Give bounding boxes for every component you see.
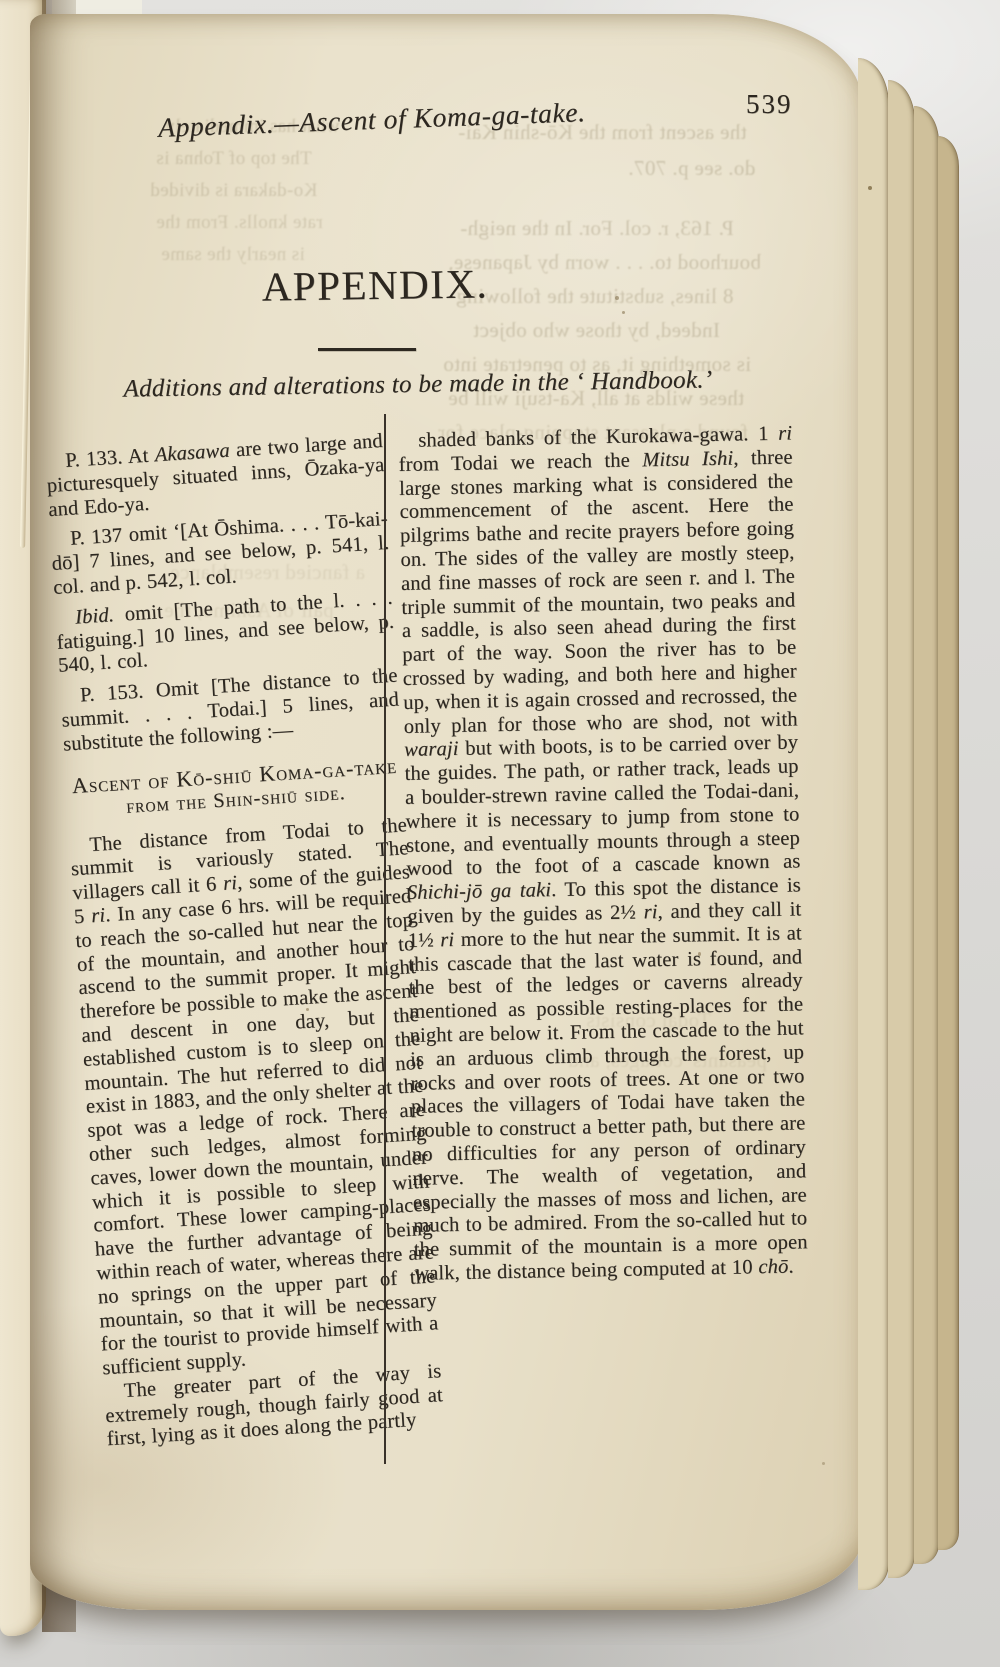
fore-edge-band xyxy=(888,80,915,1578)
show-through-line: The top of Tohna is xyxy=(156,148,312,170)
title-rule xyxy=(318,348,416,351)
fore-edge-band xyxy=(914,106,939,1564)
edit-note-paragraph: Ibid. omit [The path to the l. . . . fat… xyxy=(55,586,397,678)
edit-notes: P. 133. At Akasawa are two large and pic… xyxy=(45,430,402,757)
paper-speck xyxy=(306,1008,309,1011)
appendix-title: APPENDIX. xyxy=(30,256,720,314)
show-through-line: do. see p. 707. xyxy=(628,156,755,181)
fore-edge-band xyxy=(858,58,889,1590)
show-through-line: Ko-dakara is divided xyxy=(150,180,317,202)
edit-note-paragraph: P. 133. At Akasawa are two large and pic… xyxy=(45,430,387,522)
page-number: 539 xyxy=(746,89,793,120)
body-paragraph: shaded banks of the Kurokawa-gawa. 1 ri … xyxy=(398,422,808,1286)
section-heading: Ascent of Kō-shiū Koma-ga-take from the … xyxy=(65,752,405,823)
paper-speck xyxy=(868,186,872,190)
running-header-title: Appendix.—Ascent of Koma-ga-take. xyxy=(158,96,587,144)
text-block: P. 133. At Akasawa are two large and pic… xyxy=(30,430,842,1610)
paper-speck xyxy=(622,311,625,314)
column-divider-rule xyxy=(384,414,386,1464)
edit-note-paragraph: P. 153. Omit [The distance to the summit… xyxy=(59,665,401,757)
paper-speck xyxy=(615,296,619,300)
book-page-photo: what has immediatelyThe top of Tohna isK… xyxy=(30,0,970,1645)
photo-backdrop: { "running_header": { "title": "Appendix… xyxy=(0,0,1000,1667)
show-through-line: P. 163, r. col. For. In the neigh- xyxy=(460,216,734,241)
show-through-line: rate knolls. From the xyxy=(156,212,323,234)
running-header: Appendix.—Ascent of Koma-ga-take. 539 xyxy=(30,104,842,148)
fore-edge-band xyxy=(938,136,959,1550)
left-column-body: The distance from Todai to the summit is… xyxy=(69,814,445,1453)
right-column: shaded banks of the Kurokawa-gawa. 1 ri … xyxy=(398,422,808,1286)
show-through-line: Indeed, by those who object xyxy=(473,318,720,343)
edit-note-paragraph: P. 137 omit ‘[At Ōshima. . . . Tō-kai-dō… xyxy=(50,508,392,600)
paper-speck xyxy=(822,1462,825,1465)
paper-speck xyxy=(698,952,701,956)
